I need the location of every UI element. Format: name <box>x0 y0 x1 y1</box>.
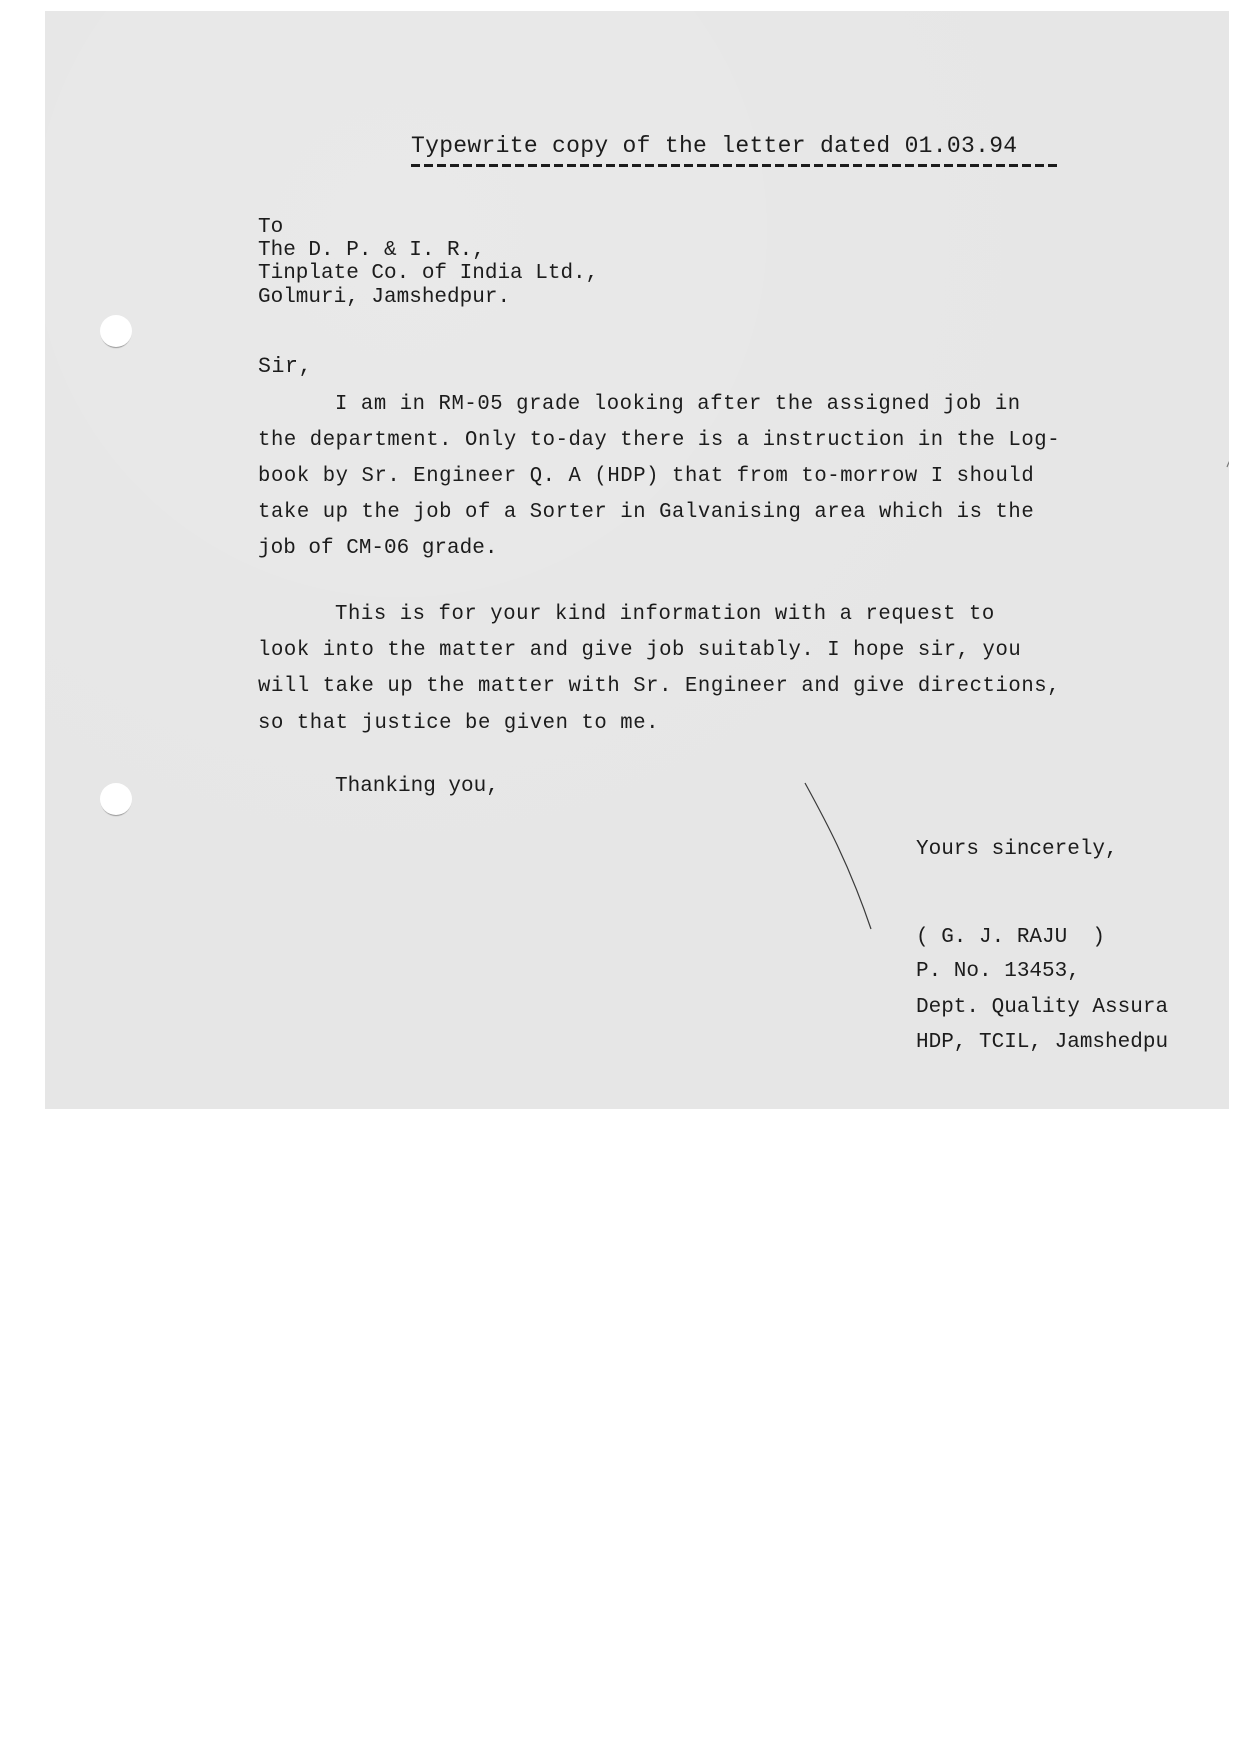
signatory-name: ( G. J. RAJU ) <box>916 926 1105 949</box>
recipient-line: The D. P. & I. R., <box>258 240 485 262</box>
paragraph-2-line: will take up the matter with Sr. Enginee… <box>258 675 1060 698</box>
title-underline <box>411 164 1059 167</box>
paragraph-1-line: I am in RM-05 grade looking after the as… <box>335 393 1021 416</box>
recipient-line: Tinplate Co. of India Ltd., <box>258 263 598 285</box>
punch-hole <box>100 315 132 347</box>
signatory-location: HDP, TCIL, Jamshedpu <box>916 1031 1168 1054</box>
paragraph-2-line: look into the matter and give job suitab… <box>258 639 1021 662</box>
recipient-to: To <box>258 217 283 239</box>
paragraph-1-line: the department. Only to-day there is a i… <box>258 429 1060 452</box>
paragraph-1-line: job of CM-06 grade. <box>258 538 497 560</box>
personnel-number: P. No. 13453, <box>916 960 1080 983</box>
letter-paper: Typewrite copy of the letter dated 01.03… <box>45 11 1229 1109</box>
paragraph-2-line: This is for your kind information with a… <box>335 603 995 626</box>
paragraph-1-line: book by Sr. Engineer Q. A (HDP) that fro… <box>258 465 1034 488</box>
pen-tick-mark <box>1223 431 1229 471</box>
signatory-department: Dept. Quality Assura <box>916 996 1168 1019</box>
recipient-line: Golmuri, Jamshedpur. <box>258 287 510 309</box>
paragraph-2-line: so that justice be given to me. <box>258 712 659 735</box>
valediction: Yours sincerely, <box>916 838 1118 861</box>
paragraph-1-line: take up the job of a Sorter in Galvanisi… <box>258 501 1034 524</box>
letter-title: Typewrite copy of the letter dated 01.03… <box>411 133 1017 159</box>
pen-stroke-mark <box>803 781 873 931</box>
salutation: Sir, <box>258 354 312 379</box>
punch-hole <box>100 783 132 815</box>
closing-line: Thanking you, <box>335 775 499 798</box>
